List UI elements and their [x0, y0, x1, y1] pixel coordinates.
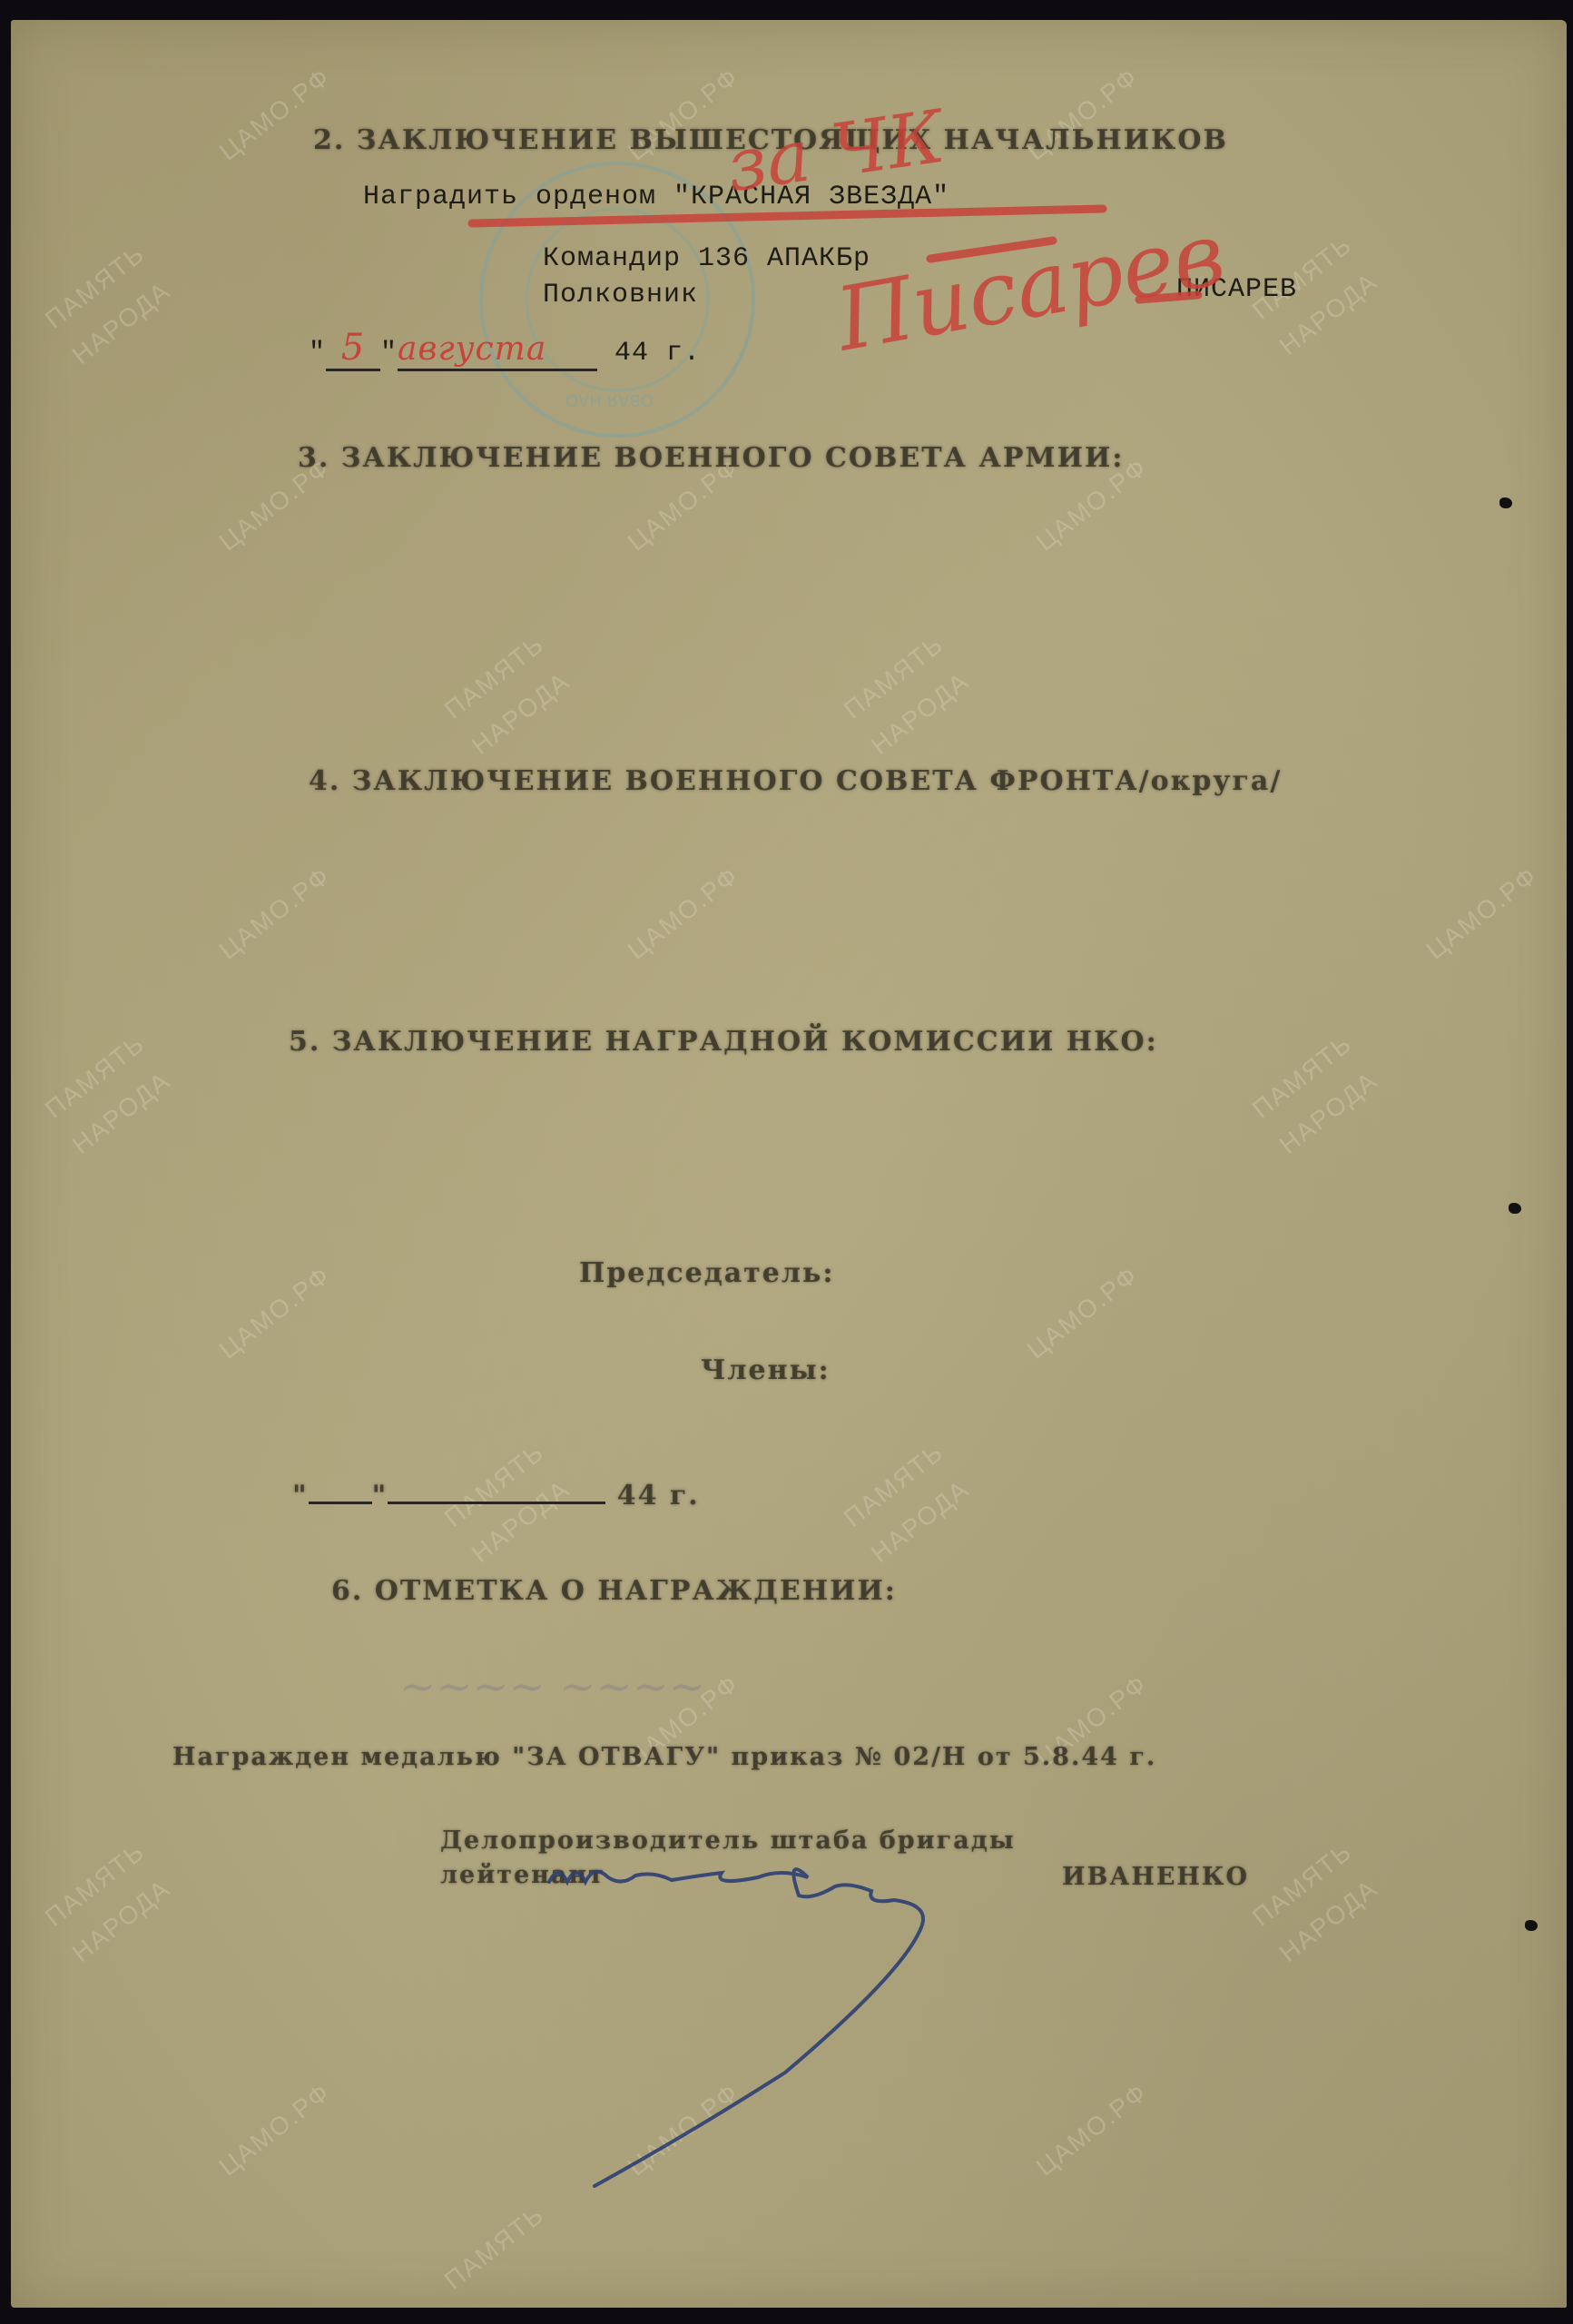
- date-month-blank: августа: [398, 330, 597, 371]
- award-note: Награжден медалью "ЗА ОТВАГУ" приказ № 0…: [172, 1743, 1156, 1771]
- clerk-name: ИВАНЕНКО: [1062, 1863, 1249, 1891]
- blank-month: [388, 1502, 605, 1504]
- section5-date: "" 44 г.: [292, 1480, 700, 1512]
- section2-date: "5"августа 44 г.: [309, 327, 701, 371]
- section5-heading: 5. ЗАКЛЮЧЕНИЕ НАГРАДНОЙ КОМИССИИ НКО:: [289, 1026, 1158, 1058]
- chairman-label: Председатель:: [579, 1257, 834, 1289]
- faint-pencil-note: ~~~~ ~~~~: [399, 1661, 705, 1712]
- section4-heading: 4. ЗАКЛЮЧЕНИЕ ВОЕННОГО СОВЕТА ФРОНТА/окр…: [309, 765, 1282, 797]
- blank-day: [309, 1502, 372, 1504]
- punch-hole: [1499, 497, 1512, 508]
- date-year: 44 г.: [614, 338, 701, 369]
- members-label: Члены:: [701, 1354, 831, 1386]
- blank-date-year: 44 г.: [617, 1480, 700, 1512]
- date-close-quote: ": [380, 338, 398, 369]
- date-open-quote: ": [309, 338, 326, 369]
- date-day: 5: [341, 327, 365, 369]
- signatory-rank: Полковник: [543, 280, 698, 310]
- date-month: августа: [398, 330, 546, 368]
- clerk-rank: лейтенант: [440, 1861, 605, 1889]
- document-page: [11, 20, 1567, 2308]
- clerk-position: Делопроизводитель штаба бригады: [440, 1827, 1016, 1855]
- signatory-position: Командир 136 АПАКБр: [543, 243, 870, 274]
- punch-hole: [1509, 1203, 1521, 1214]
- punch-hole: [1525, 1920, 1538, 1931]
- section6-heading: 6. ОТМЕТКА О НАГРАЖДЕНИИ:: [331, 1575, 897, 1607]
- section3-heading: 3. ЗАКЛЮЧЕНИЕ ВОЕННОГО СОВЕТА АРМИИ:: [298, 442, 1124, 474]
- date-day-blank: 5: [326, 327, 380, 371]
